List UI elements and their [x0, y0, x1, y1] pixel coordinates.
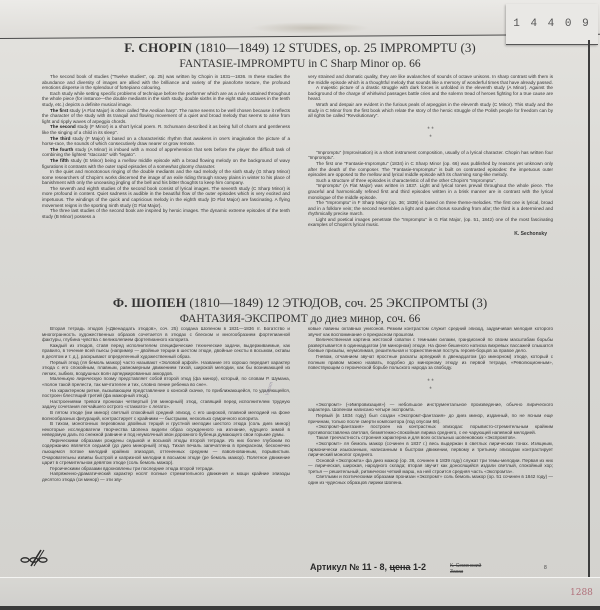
works-subtitle: FANTASIE-IMPROMPTU in C Sharp Minor op. … [0, 56, 600, 72]
english-paragraph: "Impromptu" (Improvisation) is a short i… [308, 150, 553, 161]
english-paragraph: The first study (A Flat Major) is often … [42, 108, 290, 125]
record-sleeve-back: 1 4 4 0 9 F. CHOPIN (1810—1849) 12 STUDE… [0, 0, 600, 610]
russian-paragraph: В тихом, монотонных перезвонах двойных т… [42, 421, 290, 438]
russian-paragraph: Основой «Экспромта» фа диез мажор (ор. 3… [308, 458, 553, 475]
english-paragraph: The "Impromptu" in F Sharp Major (op. 36… [308, 200, 553, 217]
english-paragraph: A majestic picture of a drastic struggle… [308, 85, 553, 102]
censor-note: К. Семенский Заказ [450, 563, 481, 575]
bottom-edge [0, 606, 600, 610]
english-paragraph: The second book of studies ("Twelve stud… [42, 74, 290, 91]
russian-paragraph: Первый (в 1834 году) был создан «Экспром… [308, 413, 553, 424]
composer-name-ru: Ф. ШОПЕН [113, 295, 186, 310]
russian-paragraph: Настроениями тревоги пронизан четвертый … [42, 399, 290, 410]
russian-notes-right: ковые лавины октавных унисонов. Резким к… [308, 326, 553, 486]
russian-paragraph: «Экспромт» («Импровизация») — небольшое … [308, 402, 553, 413]
article-label: Артикул № 11 - 8, [310, 562, 387, 572]
russian-paragraph: В пятом этюде (ми минор) светлый спокойн… [42, 410, 290, 421]
russian-paragraph: Лирическими образами рождены седьмой и в… [42, 438, 290, 466]
english-paragraph: Each study while setting specific proble… [42, 91, 290, 108]
english-paragraph: "Impromptu" (A Flat Major) was written i… [308, 183, 553, 200]
english-paragraph: The first one "Fantasie-Impromptu" (1834… [308, 161, 553, 178]
russian-paragraph: «Экспромт» ля бемоль мажор (сочинен в 18… [308, 441, 553, 458]
russian-title: Ф. ШОПЕН (1810—1849) 12 ЭТЮДОВ, соч. 25 … [0, 295, 600, 327]
english-paragraph: Light and poetical images penetrate the … [308, 217, 553, 228]
censor-order: Заказ [450, 569, 481, 575]
paragraph-lead: The fifth [50, 158, 69, 163]
article-number: Артикул № 11 - 8, цена 1-2 [310, 562, 426, 572]
paragraph-lead: The first [50, 108, 68, 113]
paragraph-lead: The fourth [50, 147, 73, 152]
english-paragraph: very strained and dramatic quality, they… [308, 74, 553, 85]
paragraph-lead: The third [50, 136, 70, 141]
russian-paragraph: Маленькую лирическую поэму представляет … [42, 376, 290, 387]
paragraph-lead: The second [50, 124, 76, 129]
composer-name: F. CHOPIN [124, 40, 192, 55]
russian-paragraph: Величественная картина жестокой схватки … [308, 337, 553, 354]
english-paragraph: In the quiet and monotonous ringing of t… [42, 169, 290, 186]
article-struck: цена [390, 562, 411, 572]
author-signature: K. Sechonsky [308, 232, 553, 238]
handwritten-number: 1288 [570, 588, 593, 598]
english-notes-left: The second book of studies ("Twelve stud… [42, 74, 290, 219]
stain [250, 22, 370, 34]
catalog-number-label: 1 4 4 0 9 [506, 4, 598, 45]
works-subtitle-ru: ФАНТАЗИЯ-ЭКСПРОМТ до диез минор, соч. 66 [0, 311, 600, 327]
english-paragraph: The fifth study (E Minor) being a mellow… [42, 158, 290, 169]
melodiya-logo-icon [16, 548, 52, 568]
composer-dates-ru: (1810—1849) [189, 295, 263, 310]
russian-paragraph: Напряженно-драматический характер носят … [42, 471, 290, 482]
asterism-divider-ru: * ** [308, 378, 553, 394]
composer-dates: (1810—1849) [195, 40, 269, 55]
page-mark: 8 [544, 565, 547, 571]
english-paragraph: The fourth study (A Minor) is imbued wit… [42, 147, 290, 158]
english-paragraph: The third study (F Major) is based on a … [42, 136, 290, 147]
russian-paragraph: Первый этюд (ля бемоль мажор) часто назы… [42, 360, 290, 377]
english-paragraph: The seventh and eighth studies of the se… [42, 186, 290, 208]
english-paragraph: Wrath and despair are evident in the fur… [308, 102, 553, 119]
english-notes-right: very strained and dramatic quality, they… [308, 74, 553, 238]
russian-paragraph: Светлыми и поэтическими образами прониза… [308, 474, 553, 485]
russian-paragraph: Гневом, отчаянием звучат яростные раскат… [308, 354, 553, 371]
english-paragraph: The three last studies of the second boo… [42, 208, 290, 219]
russian-paragraph: Вторая тетрадь этюдов («Двенадцать этюдо… [42, 326, 290, 343]
russian-notes-left: Вторая тетрадь этюдов («Двенадцать этюдо… [42, 326, 290, 483]
asterism-divider: * ** [308, 126, 553, 142]
russian-paragraph: «Экспромт-фантазия» построен на контраст… [308, 424, 553, 435]
english-paragraph: The second study (F Minor) is a short ly… [42, 124, 290, 135]
russian-paragraph: ковые лавины октавных унисонов. Резким к… [308, 326, 553, 337]
works-title-ru: 12 ЭТЮДОВ, соч. 25 ЭКСПРОМТЫ (3) [266, 295, 487, 310]
english-title: F. CHOPIN (1810—1849) 12 STUDES, op. 25 … [0, 40, 600, 72]
works-title: 12 STUDES, op. 25 IMPROMPTU (3) [272, 40, 475, 55]
russian-paragraph: Каждый из этюдов, ставя перед исполнител… [42, 343, 290, 360]
article-price: 1-2 [413, 562, 426, 572]
russian-paragraph: На характерном ритме, вызывающем предста… [42, 388, 290, 399]
